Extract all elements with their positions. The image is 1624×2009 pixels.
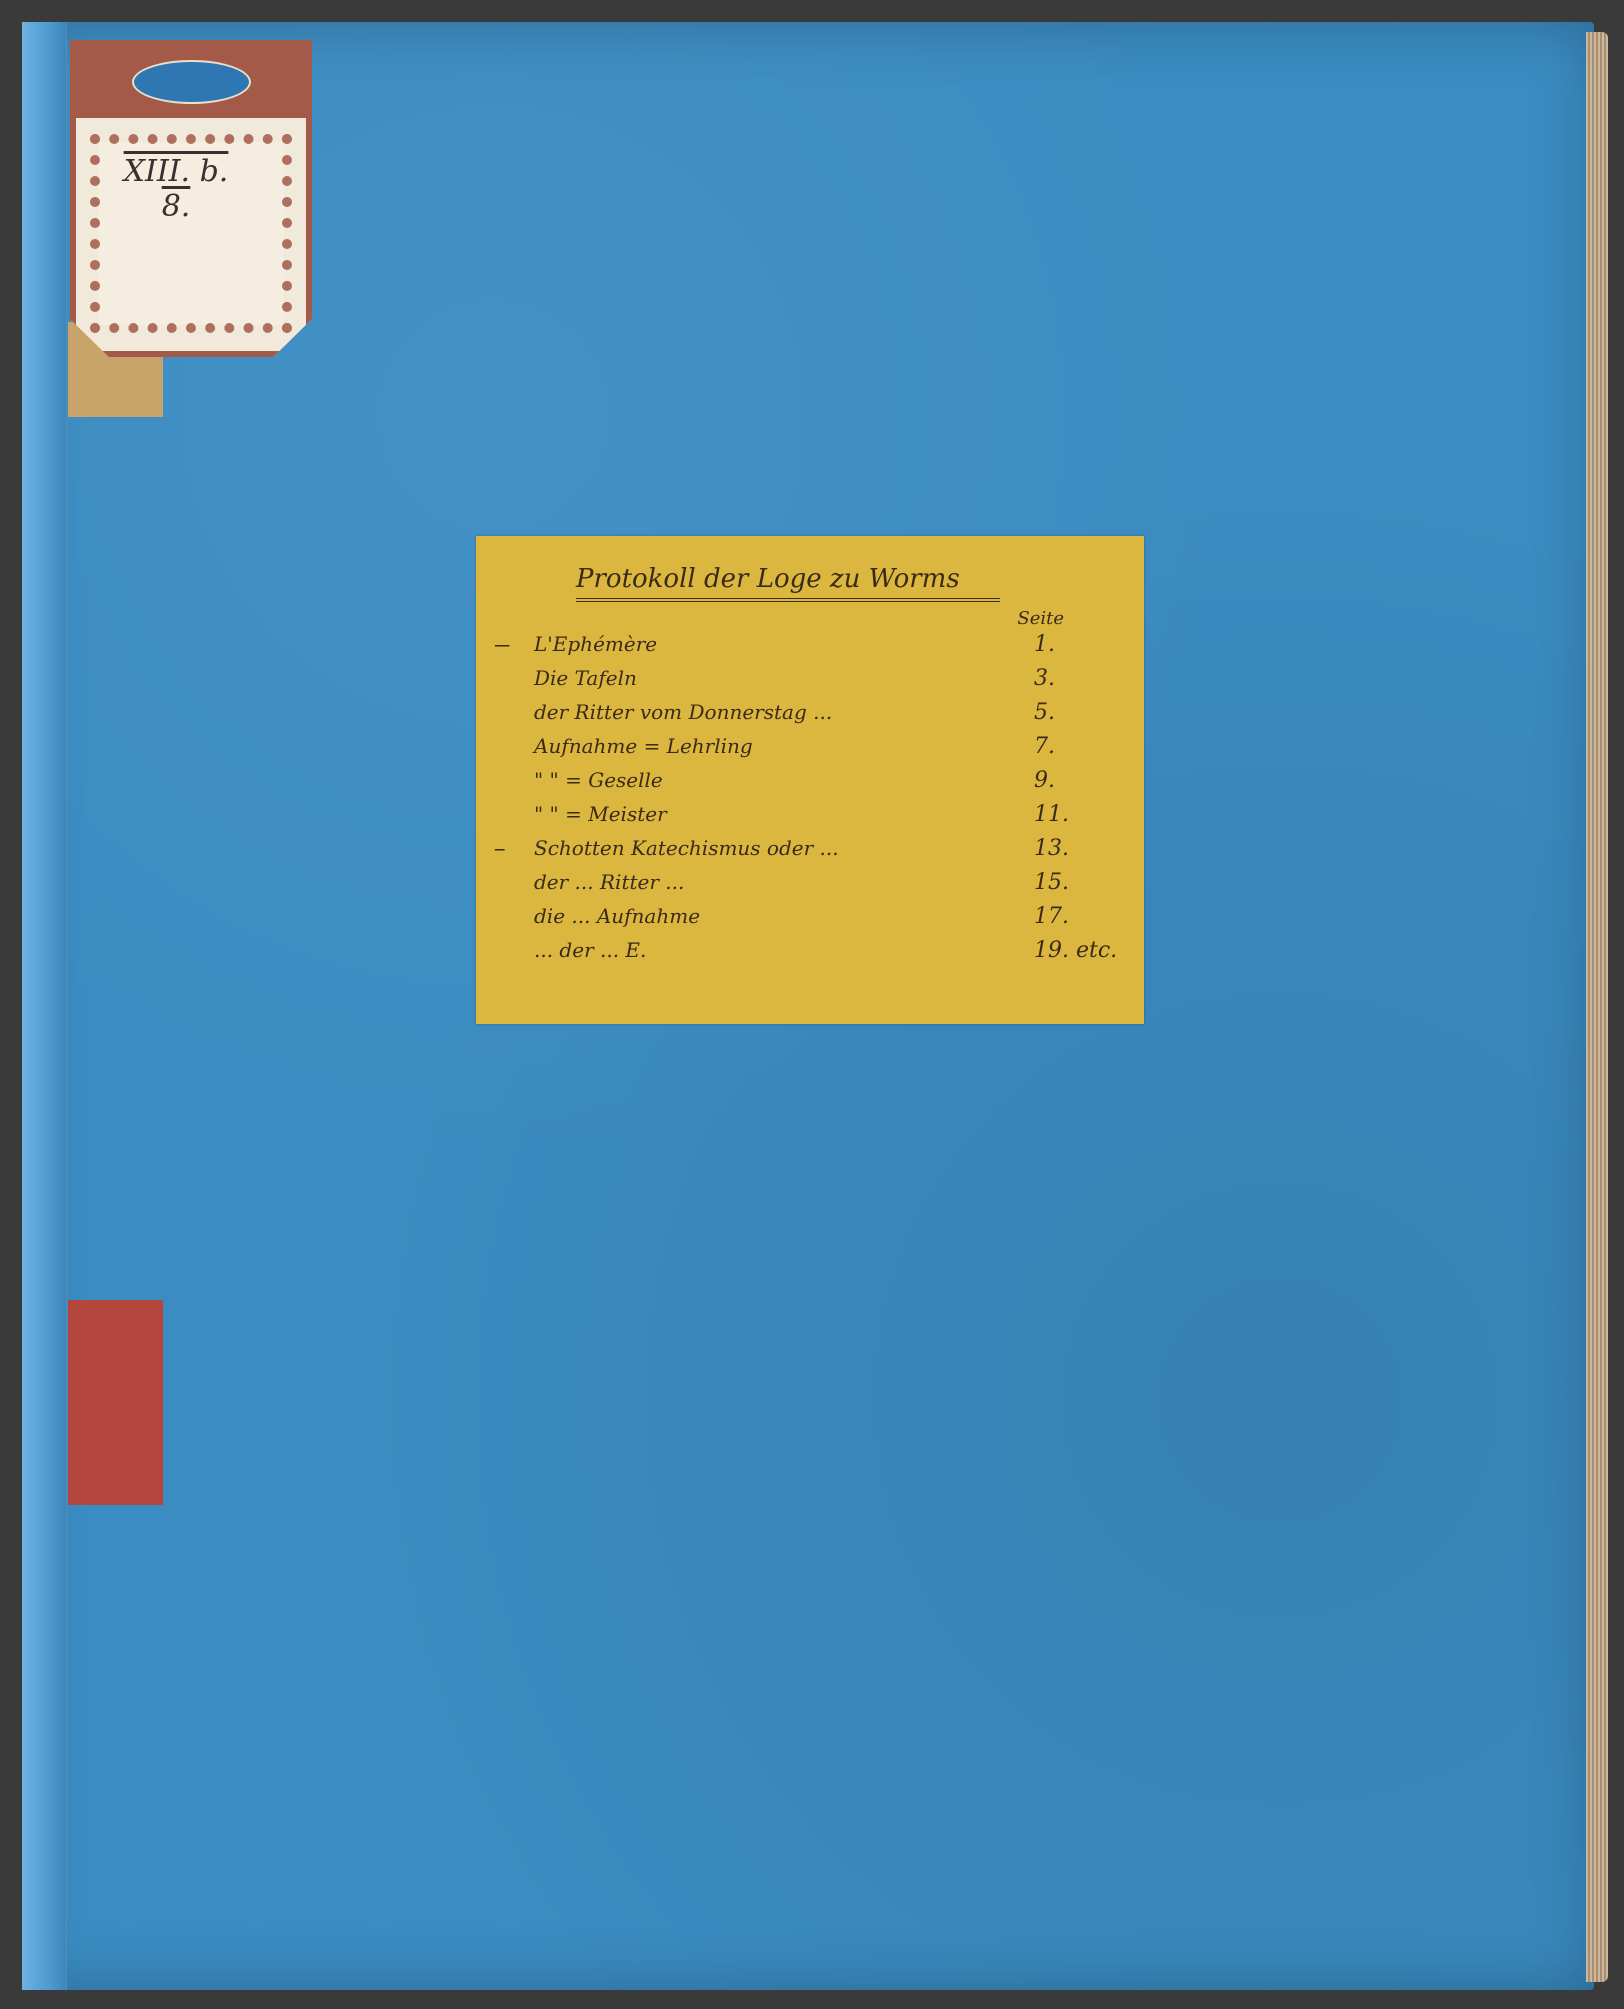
- contents-entry: --Schotten Katechismus oder ...13.: [494, 836, 1124, 870]
- oval-cartouche-icon: [132, 60, 251, 104]
- contents-entry: " " = Meister11.: [494, 802, 1124, 836]
- entry-page: 19. etc.: [1034, 938, 1124, 963]
- entry-page: 9.: [1034, 768, 1124, 793]
- contents-entry: Die Tafeln3.: [494, 666, 1124, 700]
- entry-page: 17.: [1034, 904, 1124, 929]
- entry-marker: ---: [494, 632, 534, 656]
- book-cover: XIII. b. 8. Protokoll der Loge zu Worms …: [22, 22, 1594, 1990]
- contents-entry: der Ritter vom Donnerstag ...5.: [494, 700, 1124, 734]
- entry-text: der Ritter vom Donnerstag ...: [534, 700, 1034, 724]
- entry-page: 13.: [1034, 836, 1124, 861]
- entry-page: 1.: [1034, 632, 1124, 657]
- contents-entry: " " = Geselle9.: [494, 768, 1124, 802]
- shelf-mark-label: XIII. b. 8.: [70, 40, 312, 357]
- contents-entry: Aufnahme = Lehrling7.: [494, 734, 1124, 768]
- entry-text: Aufnahme = Lehrling: [534, 734, 1034, 758]
- spine-binding: [22, 22, 67, 1990]
- contents-list: ---L'Ephémère1. Die Tafeln3. der Ritter …: [494, 632, 1124, 972]
- entry-text: ... der ... E.: [534, 938, 1034, 962]
- entry-page: 15.: [1034, 870, 1124, 895]
- contents-entry: ... der ... E.19. etc.: [494, 938, 1124, 972]
- entry-text: die ... Aufnahme: [534, 904, 1034, 928]
- entry-text: Die Tafeln: [534, 666, 1034, 690]
- entry-page: 3.: [1034, 666, 1124, 691]
- entry-text: " " = Meister: [534, 802, 1034, 826]
- contents-entry: der ... Ritter ...15.: [494, 870, 1124, 904]
- entry-text: L'Ephémère: [534, 632, 1034, 656]
- page-column-header: Seite: [1017, 608, 1064, 629]
- contents-entry: die ... Aufnahme17.: [494, 904, 1124, 938]
- contents-title: Protokoll der Loge zu Worms: [576, 564, 1000, 602]
- entry-page: 5.: [1034, 700, 1124, 725]
- ornamental-band: [76, 46, 306, 118]
- entry-marker: --: [494, 836, 534, 860]
- contents-entry: ---L'Ephémère1.: [494, 632, 1124, 666]
- entry-text: Schotten Katechismus oder ...: [534, 836, 1034, 860]
- entry-page: 11.: [1034, 802, 1124, 827]
- contents-label: Protokoll der Loge zu Worms Seite ---L'E…: [476, 536, 1144, 1024]
- paper-patch-red: [68, 1300, 163, 1505]
- entry-text: der ... Ritter ...: [534, 870, 1034, 894]
- entry-page: 7.: [1034, 734, 1124, 759]
- page-edges: [1586, 32, 1608, 1982]
- shelf-mark: XIII. b. 8.: [106, 154, 246, 224]
- entry-text: " " = Geselle: [534, 768, 1034, 792]
